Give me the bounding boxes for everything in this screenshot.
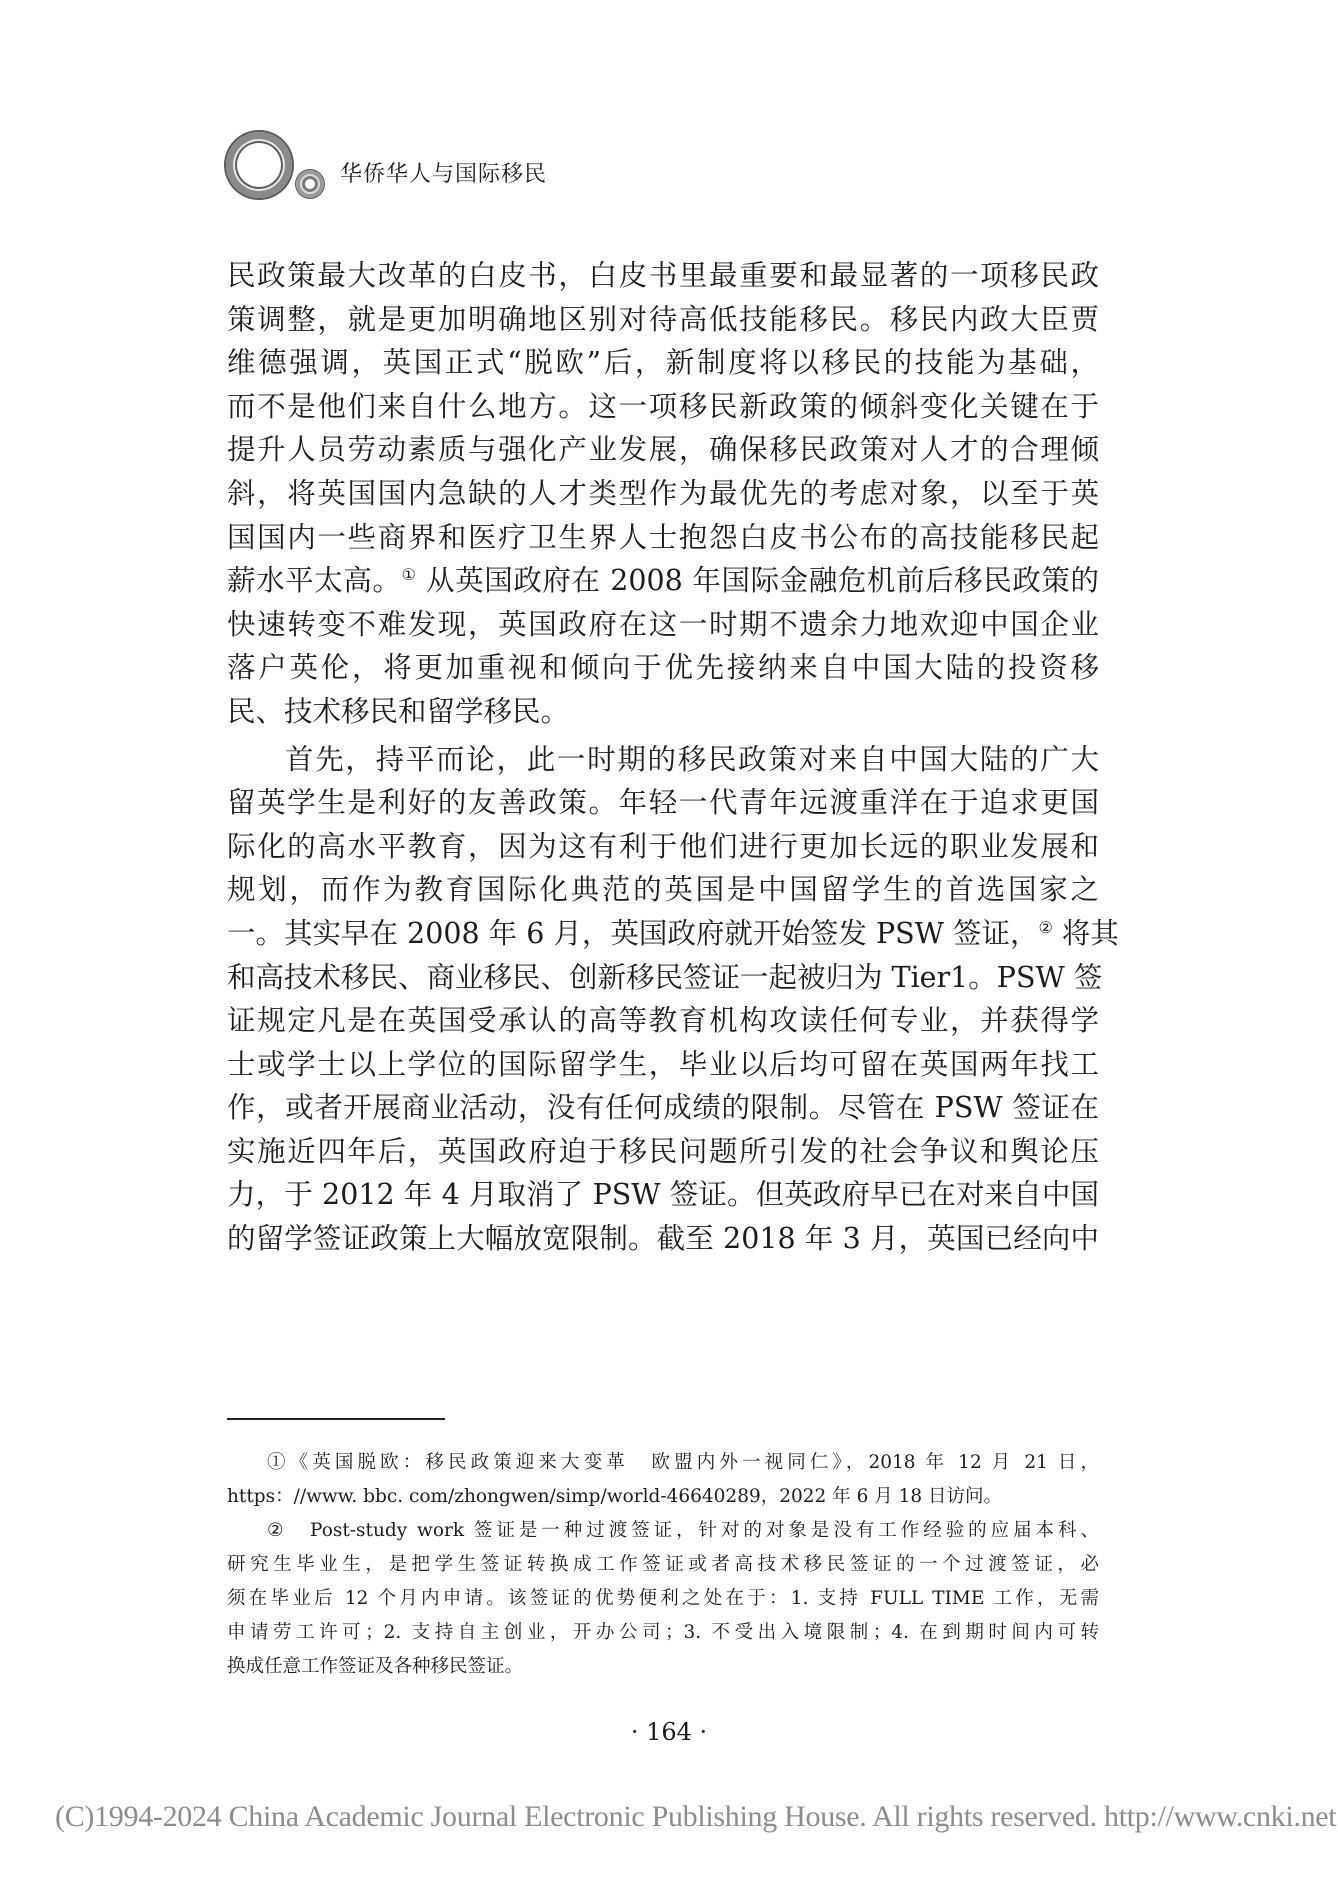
text-line: 首先，持平而论，此一时期的移民政策对来自中国大陆的广大 [227,738,1099,782]
paragraph-1: 民政策最大改革的白皮书，白皮书里最重要和最显著的一项移民政 策调整，就是更加明确… [227,254,1099,734]
footnote-line: 换成任意工作签证及各种移民签证。 [227,1650,1099,1684]
text-segment: 从英国政府在 2008 年国际金融危机前后移民政策的 [416,564,1099,597]
text-line: 际化的高水平教育，因为这有利于他们进行更加长远的职业发展和 [227,825,1099,869]
footnote-1: ①《英国脱欧：移民政策迎来大变革 欧盟内外一视同仁》，2018 年 12 月 2… [227,1446,1099,1514]
text-line: 规划，而作为教育国际化典范的英国是中国留学生的首选国家之 [227,868,1099,912]
running-header: 华侨华人与国际移民 [224,128,547,208]
text-line: 和高技术移民、商业移民、创新移民签证一起被归为 Tier1。PSW 签 [227,956,1099,1000]
footnote-line: ①《英国脱欧：移民政策迎来大变革 欧盟内外一视同仁》，2018 年 12 月 2… [227,1446,1099,1480]
footnote-2: ② Post-study work 签证是一种过渡签证，针对的对象是没有工作经验… [227,1514,1099,1684]
text-line: 快速转变不难发现，英国政府在这一时期不遗余力地欢迎中国企业 [227,603,1099,647]
running-title: 华侨华人与国际移民 [340,157,547,188]
footnote-line: 申请劳工许可；2. 支持自主创业，开办公司；3. 不受出入境限制；4. 在到期时… [227,1616,1099,1650]
text-line: 维德强调，英国正式“脱欧”后，新制度将以移民的技能为基础， [227,341,1099,385]
large-ring-icon [226,132,292,198]
text-line: 落户英伦，将更加重视和倾向于优先接纳来自中国大陆的投资移 [227,646,1099,690]
text-segment: 一。其实早在 2008 年 6 月，英国政府就开始签发 PSW 签证， [227,917,1039,950]
text-line: 国国内一些商界和医疗卫生界人士抱怨白皮书公布的高技能移民起 [227,516,1099,560]
footnote-line: https：//www. bbc. com/zhongwen/simp/worl… [227,1480,1099,1514]
small-ring-icon [296,170,324,198]
body-text: 民政策最大改革的白皮书，白皮书里最重要和最显著的一项移民政 策调整，就是更加明确… [227,254,1099,1261]
text-line: 士或学士以上学位的国际留学生，毕业以后均可留在英国两年找工 [227,1043,1099,1087]
paragraph-2: 首先，持平而论，此一时期的移民政策对来自中国大陆的广大 留英学生是利好的友善政策… [227,738,1099,1261]
text-line: 作，或者开展商业活动，没有任何成绩的限制。尽管在 PSW 签证在 [227,1086,1099,1130]
footnote-ref-2[interactable]: ② [1039,918,1053,937]
footnote-separator [227,1418,445,1420]
double-ring-logo-icon [224,128,324,208]
footnote-line: 须在毕业后 12 个月内申请。该签证的优势便利之处在于：1. 支持 FULL T… [227,1582,1099,1616]
footnotes: ①《英国脱欧：移民政策迎来大变革 欧盟内外一视同仁》，2018 年 12 月 2… [227,1446,1099,1684]
text-line: 证规定凡是在英国受承认的高等教育机构攻读任何专业，并获得学 [227,999,1099,1043]
text-line: 的留学签证政策上大幅放宽限制。截至 2018 年 3 月，英国已经向中 [227,1217,1099,1261]
text-line: 策调整，就是更加明确地区别对待高低技能移民。移民内政大臣贾 [227,298,1099,342]
text-segment: 将其 [1053,917,1119,950]
text-line: 提升人员劳动素质与强化产业发展，确保移民政策对人才的合理倾 [227,428,1099,472]
footnote-line: ② Post-study work 签证是一种过渡签证，针对的对象是没有工作经验… [227,1514,1099,1548]
text-line: 实施近四年后，英国政府迫于移民问题所引发的社会争议和舆论压 [227,1130,1099,1174]
text-segment: 薪水平太高。 [227,564,402,597]
text-line: 力，于 2012 年 4 月取消了 PSW 签证。但英政府早已在对来自中国 [227,1173,1099,1217]
copyright-notice: (C)1994-2024 China Academic Journal Elec… [55,1800,1336,1834]
text-line: 留英学生是利好的友善政策。年轻一代青年远渡重洋在于追求更国 [227,781,1099,825]
text-line: 民、技术移民和留学移民。 [227,690,1099,734]
text-line-with-footnote: 薪水平太高。① 从英国政府在 2008 年国际金融危机前后移民政策的 [227,559,1099,603]
footnote-ref-1[interactable]: ① [402,565,417,584]
page-number: · 164 · [0,1718,1338,1746]
text-line: 民政策最大改革的白皮书，白皮书里最重要和最显著的一项移民政 [227,254,1099,298]
footnote-line: 研究生毕业生，是把学生签证转换成工作签证或者高技术移民签证的一个过渡签证，必 [227,1548,1099,1582]
text-line: 斜，将英国国内急缺的人才类型作为最优先的考虑对象，以至于英 [227,472,1099,516]
text-line-with-footnote: 一。其实早在 2008 年 6 月，英国政府就开始签发 PSW 签证，② 将其 [227,912,1099,956]
text-line: 而不是他们来自什么地方。这一项移民新政策的倾斜变化关键在于 [227,385,1099,429]
